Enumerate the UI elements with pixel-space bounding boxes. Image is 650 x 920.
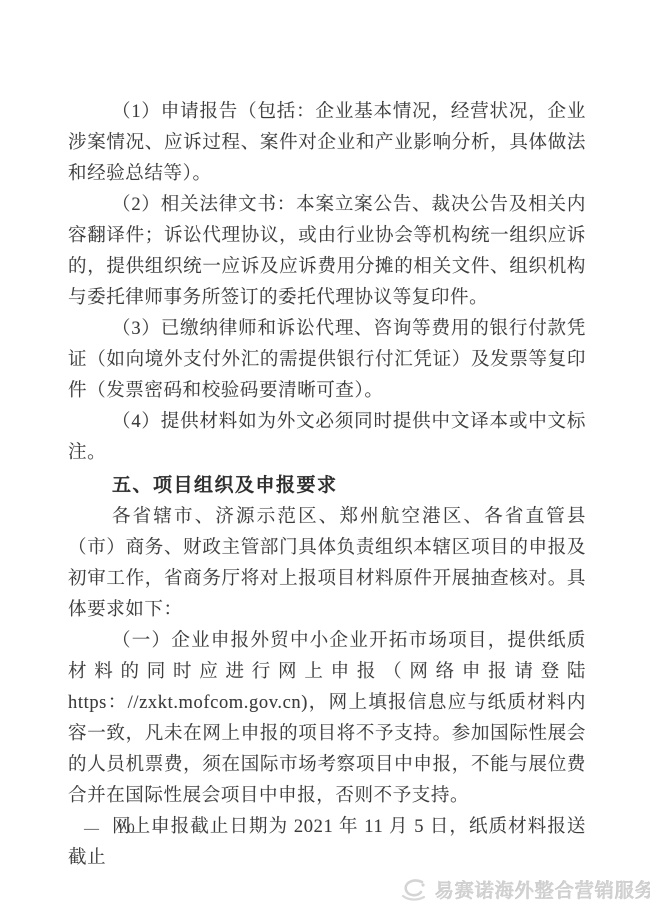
footer-watermark: 易赛诺海外整合营销服务商 <box>400 876 650 903</box>
paragraph-6: （一）企业申报外贸中小企业开拓市场项目，提供纸质材料的同时应进行网上申报（网络申… <box>68 626 586 812</box>
document-body: （1）申请报告（包括：企业基本情况，经营状况，企业涉案情况、应诉过程、案件对企业… <box>68 97 586 874</box>
paragraph-2: （2）相关法律文书：本案立案公告、裁决公告及相关内容翻译件；诉讼代理协议，或由行… <box>68 190 586 314</box>
paragraph-4: （4）提供材料如为外文必须同时提供中文译本或中文标注。 <box>68 407 586 469</box>
yisainuo-logo-icon <box>400 877 428 903</box>
paragraph-5: 各省辖市、济源示范区、郑州航空港区、各省直管县（市）商务、财政主管部门具体负责组… <box>68 502 586 626</box>
paragraph-1: （1）申请报告（包括：企业基本情况，经营状况，企业涉案情况、应诉过程、案件对企业… <box>68 97 586 190</box>
watermark-text: 易赛诺海外整合营销服务商 <box>435 876 650 903</box>
document-page: （1）申请报告（包括：企业基本情况，经营状况，企业涉案情况、应诉过程、案件对企业… <box>0 0 650 920</box>
paragraph-3: （3）已缴纳律师和诉讼代理、咨询等费用的银行付款凭证（如向境外支付外汇的需提供银… <box>68 314 586 407</box>
page-number: — 10 — <box>84 821 171 838</box>
section-heading: 五、项目组织及申报要求 <box>68 470 586 501</box>
